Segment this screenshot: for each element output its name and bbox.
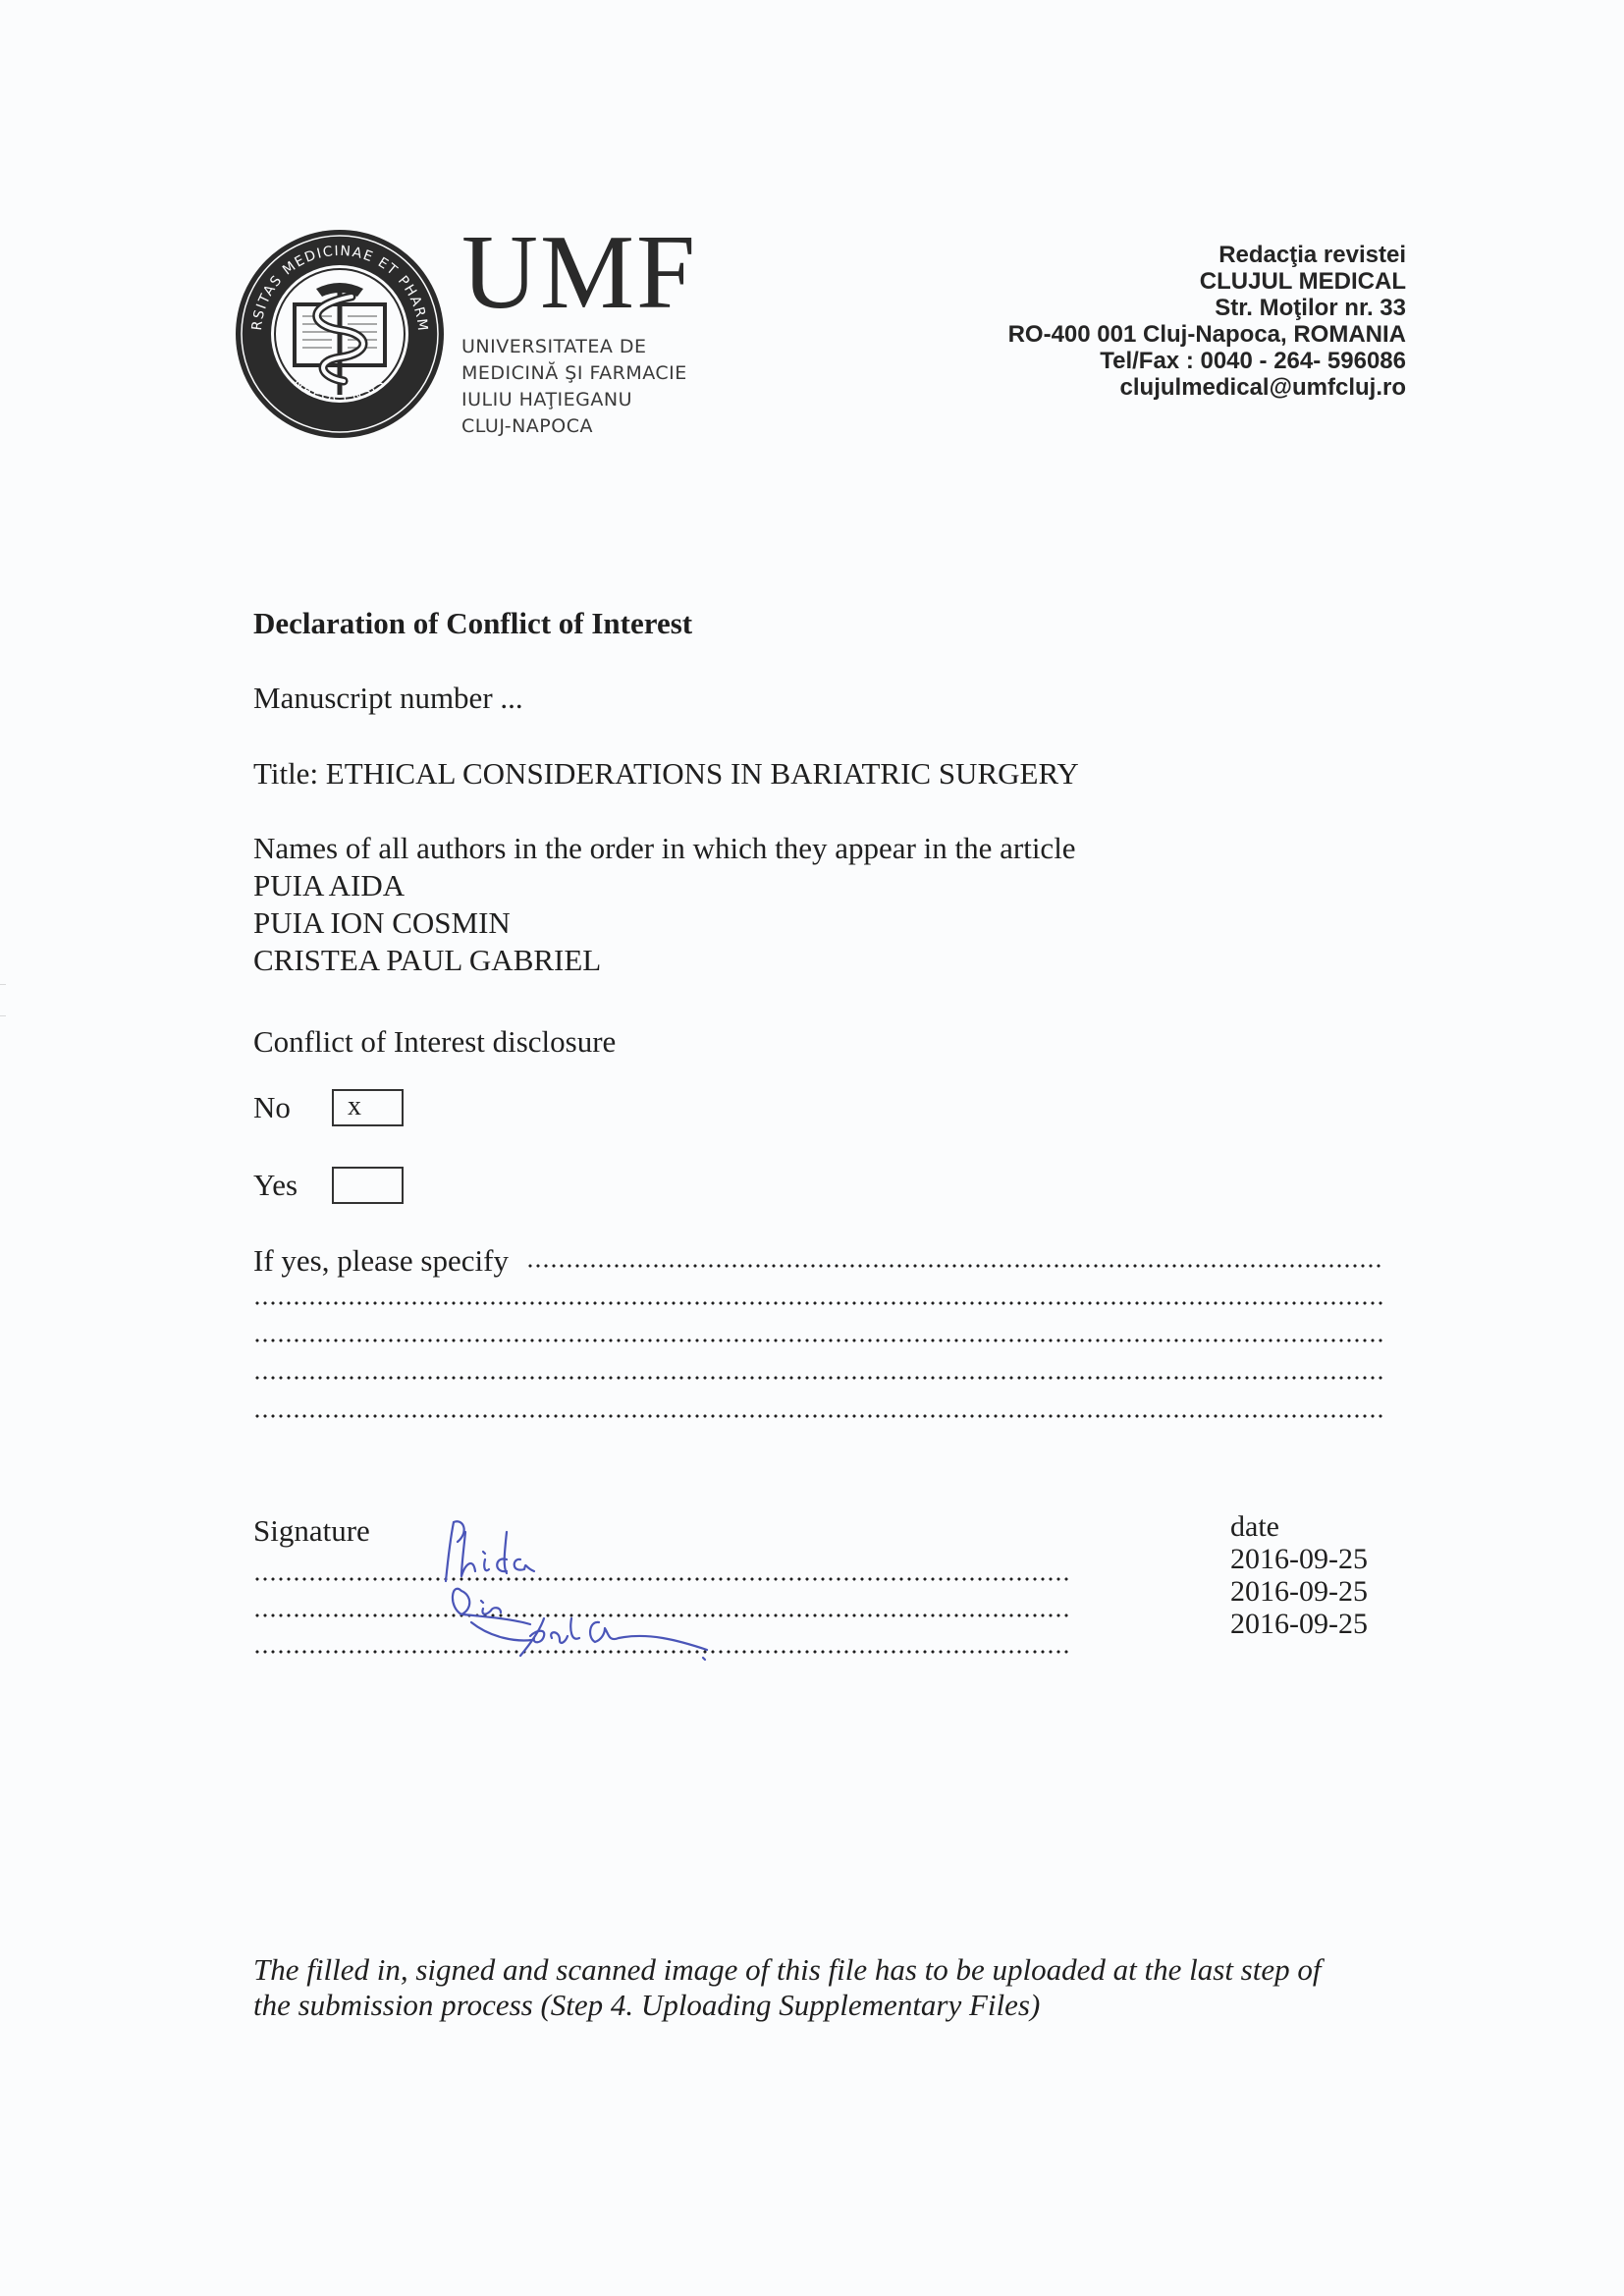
university-name-line: UNIVERSITATEA DE [461, 334, 697, 360]
address-email: clujulmedical@umfcluj.ro [1008, 374, 1406, 401]
university-name-line: IULIU HAŢIEGANU [461, 387, 697, 413]
checkbox-yes[interactable] [332, 1167, 404, 1204]
university-seal-icon: UNIVERSITAS MEDICINAE ET PHARMACIAE NAPO… [234, 228, 446, 440]
document-page: UNIVERSITAS MEDICINAE ET PHARMACIAE NAPO… [0, 0, 1624, 2296]
specify-label: If yes, please specify [253, 1243, 509, 1279]
manuscript-number: Manuscript number ... [253, 681, 523, 716]
address-phone: Tel/Fax : 0040 - 264- 596086 [1008, 348, 1406, 374]
option-label: No [253, 1090, 332, 1125]
scan-artifact [0, 984, 1624, 985]
specify-dotted-line[interactable] [526, 1261, 1382, 1271]
authors-label: Names of all authors in the order in whi… [253, 831, 1076, 866]
disclosure-label: Conflict of Interest disclosure [253, 1024, 616, 1060]
university-name-block: UMF UNIVERSITATEA DE MEDICINĂ ŞI FARMACI… [461, 224, 697, 440]
article-title: Title: ETHICAL CONSIDERATIONS IN BARIATR… [253, 756, 1079, 792]
instruction-line: The filled in, signed and scanned image … [253, 1952, 1432, 1988]
address-line: Str. Moţilor nr. 33 [1008, 295, 1406, 321]
scan-artifact [0, 1015, 1624, 1016]
journal-address: Redacţia revistei CLUJUL MEDICAL Str. Mo… [1008, 242, 1406, 401]
handwritten-signatures [422, 1512, 835, 1669]
option-yes[interactable]: Yes [253, 1167, 404, 1204]
specify-dotted-line[interactable] [253, 1373, 1384, 1383]
address-line: RO-400 001 Cluj-Napoca, ROMANIA [1008, 321, 1406, 348]
checkbox-no[interactable]: x [332, 1089, 404, 1126]
dates-column: date 2016-09-25 2016-09-25 2016-09-25 [1230, 1510, 1368, 1640]
specify-dotted-line[interactable] [253, 1298, 1384, 1308]
signature-date: 2016-09-25 [1230, 1608, 1368, 1640]
address-line: CLUJUL MEDICAL [1008, 268, 1406, 295]
author-name: PUIA ION COSMIN [253, 905, 511, 941]
specify-dotted-line[interactable] [253, 1411, 1384, 1421]
university-name-line: CLUJ-NAPOCA [461, 413, 697, 440]
specify-dotted-line[interactable] [253, 1336, 1384, 1345]
author-name: PUIA AIDA [253, 868, 405, 903]
umf-wordmark: UMF [461, 224, 697, 322]
author-name: CRISTEA PAUL GABRIEL [253, 943, 601, 978]
upload-instructions: The filled in, signed and scanned image … [253, 1952, 1432, 2023]
signature-date: 2016-09-25 [1230, 1543, 1368, 1575]
option-no[interactable]: No x [253, 1089, 404, 1126]
form-title: Declaration of Conflict of Interest [253, 606, 692, 641]
university-name-line: MEDICINĂ ŞI FARMACIE [461, 360, 697, 387]
date-label: date [1230, 1510, 1368, 1543]
signature-date: 2016-09-25 [1230, 1575, 1368, 1608]
option-label: Yes [253, 1168, 332, 1203]
instruction-line: the submission process (Step 4. Uploadin… [253, 1988, 1432, 2023]
signature-label: Signature [253, 1513, 370, 1549]
address-line: Redacţia revistei [1008, 242, 1406, 268]
